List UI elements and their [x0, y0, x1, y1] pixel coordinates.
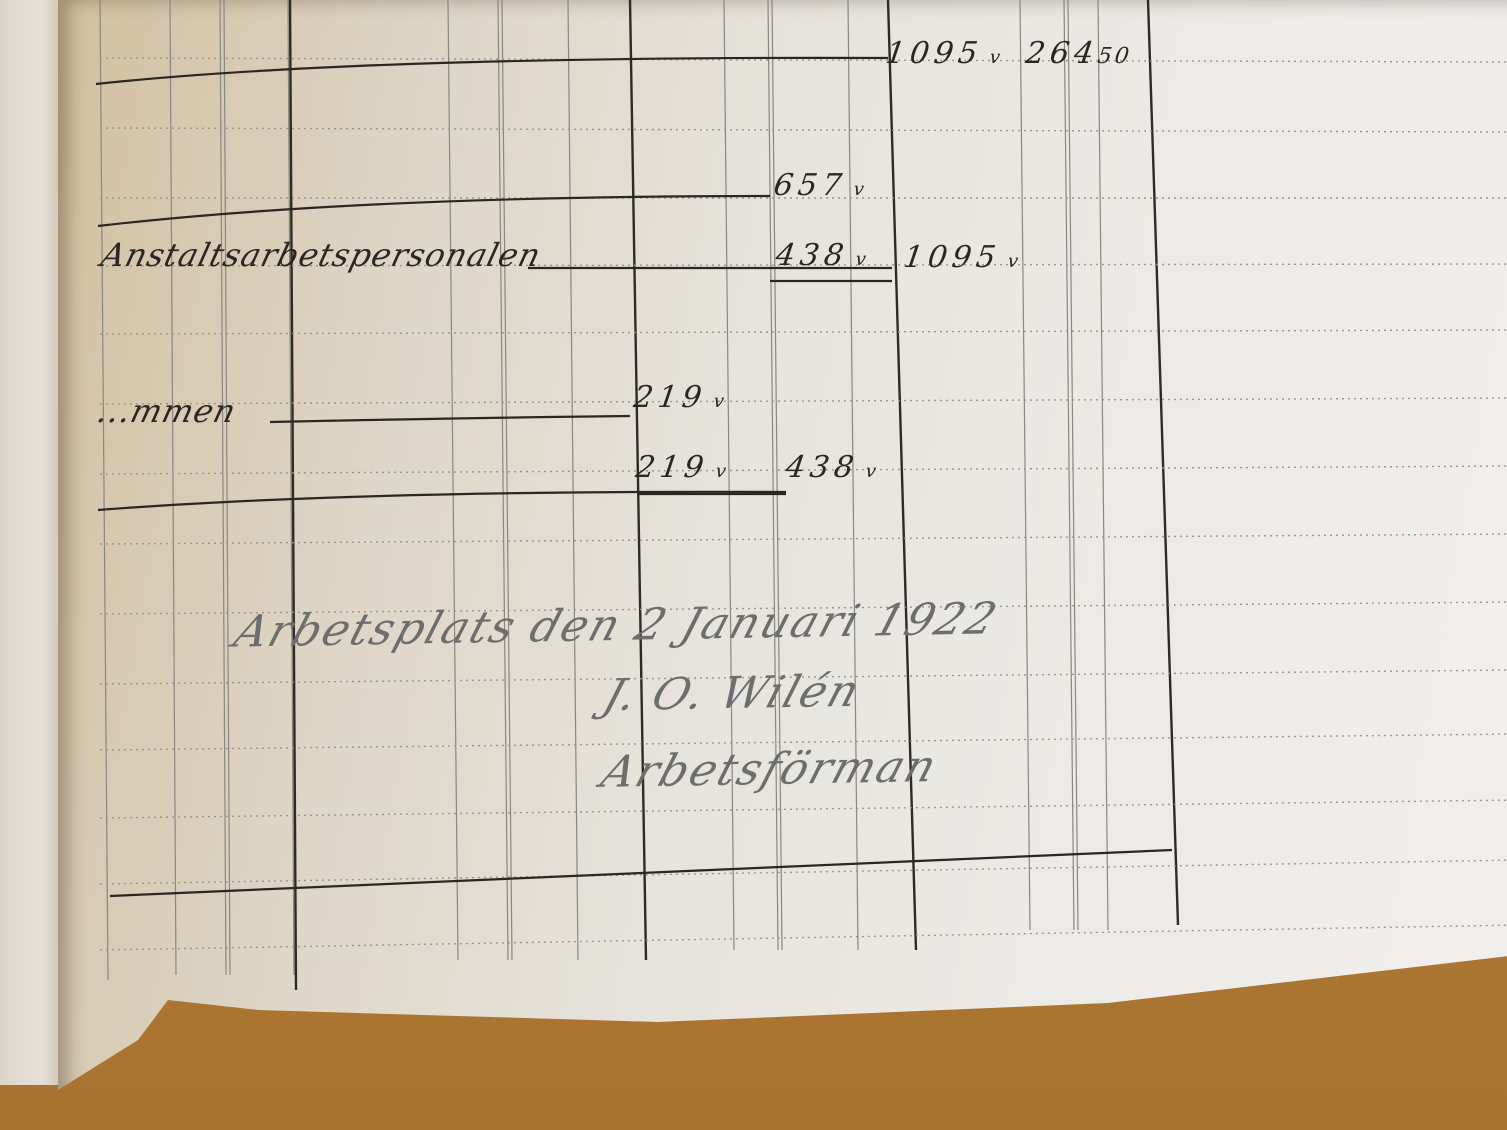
ledger-row-3-amount: 438v [774, 238, 869, 273]
ledger-row-3-subtotal: 1095v [902, 240, 1021, 275]
ledger-row-5-amount: 219v [634, 450, 729, 485]
ledger-row-4-amount: 219v [632, 380, 727, 415]
signature-title: Arbetsförman [595, 741, 944, 798]
signature-name: J. O. Wilén [597, 666, 867, 721]
ledger-row-1-amount: 1095v [884, 36, 1003, 71]
ledger-row-1-total: 26450 [1024, 36, 1135, 71]
ledger-row-5-subtotal: 438v [784, 450, 879, 485]
ledger-row-3-label: Anstaltsarbetspersonalen [97, 236, 545, 274]
ledger-page: 1095v 26450 657v Anstaltsarbetspersonale… [58, 0, 1507, 1095]
previous-page-edge [0, 0, 62, 1085]
ledger-row-2-amount: 657v [772, 168, 867, 203]
ledger-row-4-label: ...mmen [93, 392, 240, 430]
ledger-ruling [58, 0, 1507, 1100]
